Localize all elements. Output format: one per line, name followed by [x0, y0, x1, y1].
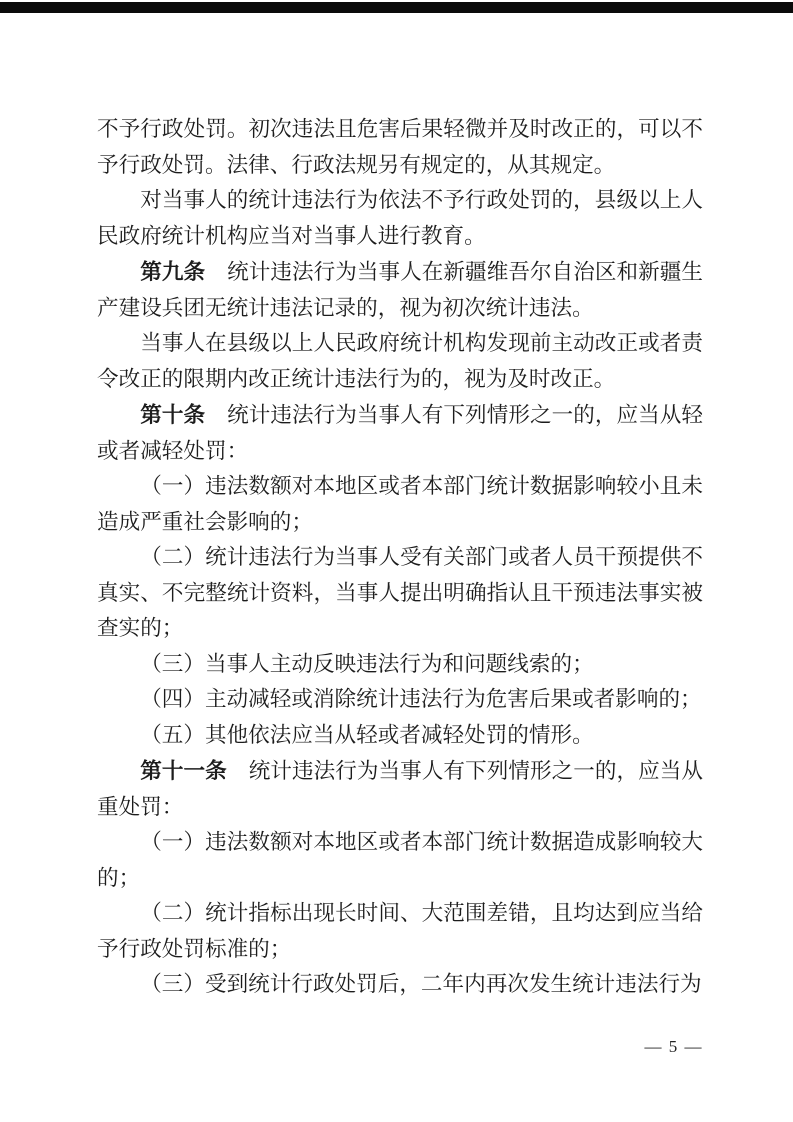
paragraph: 第九条统计违法行为当事人在新疆维吾尔自治区和新疆生产建设兵团无统计违法记录的，视…	[97, 254, 703, 326]
paragraph: （二）统计违法行为当事人受有关部门或者人员干预提供不真实、不完整统计资料，当事人…	[97, 540, 703, 647]
paragraph-text: （二）统计违法行为当事人受有关部门或者人员干预提供不真实、不完整统计资料，当事人…	[97, 545, 703, 640]
paragraph: 对当事人的统计违法行为依法不予行政处罚的，县级以上人民政府统计机构应当对当事人进…	[97, 183, 703, 254]
paragraph-text: 当事人在县级以上人民政府统计机构发现前主动改正或者责令改正的限期内改正统计违法行…	[97, 331, 703, 391]
paragraph-text: （四）主动减轻或消除统计违法行为危害后果或者影响的；	[140, 687, 701, 711]
article-number: 第十一条	[140, 758, 227, 783]
paragraph: （三）受到统计行政处罚后，二年内再次发生统计违法行为	[97, 967, 703, 1003]
paragraph-text: （五）其他依法应当从轻或者减轻处罚的情形。	[140, 723, 593, 747]
paragraph: （一）违法数额对本地区或者本部门统计数据影响较小且未造成严重社会影响的；	[97, 469, 703, 540]
article-number: 第九条	[140, 259, 205, 284]
article-number: 第十条	[140, 402, 205, 427]
page-footer: — 5 —	[645, 1037, 704, 1057]
paragraph: 不予行政处罚。初次违法且危害后果轻微并及时改正的，可以不予行政处罚。法律、行政法…	[97, 112, 703, 183]
paragraph: （三）当事人主动反映违法行为和问题线索的；	[97, 647, 703, 683]
paragraph-text: （二）统计指标出现长时间、大范围差错，且均达到应当给予行政处罚标准的；	[97, 901, 703, 961]
paragraph: （一）违法数额对本地区或者本部门统计数据造成影响较大的；	[97, 825, 703, 896]
document-body: 不予行政处罚。初次违法且危害后果轻微并及时改正的，可以不予行政处罚。法律、行政法…	[97, 112, 703, 1003]
paragraph-text: （三）受到统计行政处罚后，二年内再次发生统计违法行为	[140, 972, 701, 996]
paragraph: （二）统计指标出现长时间、大范围差错，且均达到应当给予行政处罚标准的；	[97, 896, 703, 967]
paragraph: 第十一条统计违法行为当事人有下列情形之一的，应当从重处罚：	[97, 753, 703, 825]
paragraph-text: （一）违法数额对本地区或者本部门统计数据影响较小且未造成严重社会影响的；	[97, 474, 703, 534]
paragraph: （四）主动减轻或消除统计违法行为危害后果或者影响的；	[97, 682, 703, 718]
paragraph-text: 不予行政处罚。初次违法且危害后果轻微并及时改正的，可以不予行政处罚。法律、行政法…	[97, 117, 703, 177]
paragraph-text: （一）违法数额对本地区或者本部门统计数据造成影响较大的；	[97, 830, 703, 890]
paragraph: 当事人在县级以上人民政府统计机构发现前主动改正或者责令改正的限期内改正统计违法行…	[97, 326, 703, 397]
page-number: — 5 —	[645, 1037, 704, 1056]
paragraph-text: （三）当事人主动反映违法行为和问题线索的；	[140, 652, 593, 676]
scanner-edge-bar	[0, 2, 793, 13]
paragraph: 第十条统计违法行为当事人有下列情形之一的，应当从轻或者减轻处罚：	[97, 397, 703, 469]
paragraph: （五）其他依法应当从轻或者减轻处罚的情形。	[97, 718, 703, 754]
paragraph-text: 对当事人的统计违法行为依法不予行政处罚的，县级以上人民政府统计机构应当对当事人进…	[97, 188, 703, 248]
